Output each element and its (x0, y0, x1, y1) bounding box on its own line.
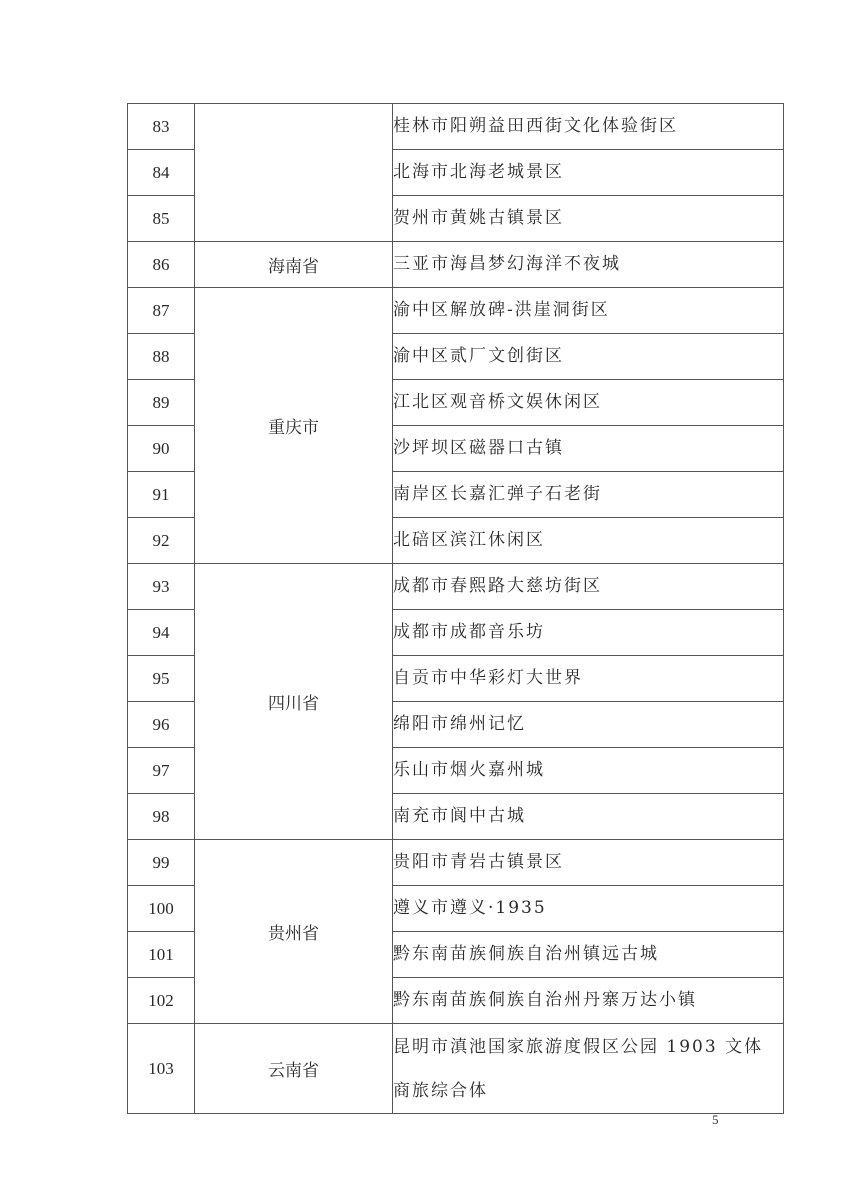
row-number: 88 (128, 334, 195, 380)
row-number: 93 (128, 564, 195, 610)
province-cell: 海南省 (195, 242, 393, 288)
attraction-name: 南充市阆中古城 (393, 794, 784, 840)
attraction-name: 自贡市中华彩灯大世界 (393, 656, 784, 702)
row-number: 94 (128, 610, 195, 656)
row-number: 97 (128, 748, 195, 794)
attraction-name: 昆明市滇池国家旅游度假区公园 1903 文体 商旅综合体 (393, 1024, 784, 1114)
row-number: 85 (128, 196, 195, 242)
attraction-name-line-2: 商旅综合体 (393, 1069, 783, 1113)
attraction-name: 北海市北海老城景区 (393, 150, 784, 196)
row-number: 101 (128, 932, 195, 978)
attraction-name: 南岸区长嘉汇弹子石老街 (393, 472, 784, 518)
attraction-name: 乐山市烟火嘉州城 (393, 748, 784, 794)
row-number: 87 (128, 288, 195, 334)
attraction-name: 遵义市遵义·1935 (393, 886, 784, 932)
province-cell: 云南省 (195, 1024, 393, 1114)
attraction-name: 渝中区贰厂文创街区 (393, 334, 784, 380)
table-row: 83 桂林市阳朔益田西街文化体验街区 (128, 104, 784, 150)
attraction-name: 成都市春熙路大慈坊街区 (393, 564, 784, 610)
attraction-name: 江北区观音桥文娱休闲区 (393, 380, 784, 426)
row-number: 84 (128, 150, 195, 196)
province-cell (195, 104, 393, 242)
attraction-name: 北碚区滨江休闲区 (393, 518, 784, 564)
row-number: 98 (128, 794, 195, 840)
row-number: 100 (128, 886, 195, 932)
row-number: 95 (128, 656, 195, 702)
table-row: 87 重庆市 渝中区解放碑-洪崖洞街区 (128, 288, 784, 334)
attraction-name: 绵阳市绵州记忆 (393, 702, 784, 748)
attraction-name: 桂林市阳朔益田西街文化体验街区 (393, 104, 784, 150)
attraction-name: 贵阳市青岩古镇景区 (393, 840, 784, 886)
attraction-name: 渝中区解放碑-洪崖洞街区 (393, 288, 784, 334)
row-number: 89 (128, 380, 195, 426)
attraction-name-line-1: 昆明市滇池国家旅游度假区公园 1903 文体 (393, 1025, 783, 1069)
table-row: 103 云南省 昆明市滇池国家旅游度假区公园 1903 文体 商旅综合体 (128, 1024, 784, 1114)
row-number: 90 (128, 426, 195, 472)
row-number: 86 (128, 242, 195, 288)
province-cell: 四川省 (195, 564, 393, 840)
row-number: 91 (128, 472, 195, 518)
attractions-table: 83 桂林市阳朔益田西街文化体验街区 84 北海市北海老城景区 85 贺州市黄姚… (127, 103, 784, 1114)
row-number: 83 (128, 104, 195, 150)
province-cell: 贵州省 (195, 840, 393, 1024)
province-cell: 重庆市 (195, 288, 393, 564)
attraction-name: 沙坪坝区磁器口古镇 (393, 426, 784, 472)
attraction-name: 贺州市黄姚古镇景区 (393, 196, 784, 242)
table-row: 93 四川省 成都市春熙路大慈坊街区 (128, 564, 784, 610)
attraction-name: 三亚市海昌梦幻海洋不夜城 (393, 242, 784, 288)
table-row: 86 海南省 三亚市海昌梦幻海洋不夜城 (128, 242, 784, 288)
row-number: 96 (128, 702, 195, 748)
row-number: 102 (128, 978, 195, 1024)
row-number: 99 (128, 840, 195, 886)
attraction-name: 黔东南苗族侗族自治州镇远古城 (393, 932, 784, 978)
attraction-name: 黔东南苗族侗族自治州丹寨万达小镇 (393, 978, 784, 1024)
table-row: 99 贵州省 贵阳市青岩古镇景区 (128, 840, 784, 886)
attraction-name: 成都市成都音乐坊 (393, 610, 784, 656)
row-number: 92 (128, 518, 195, 564)
page-number: 5 (712, 1112, 719, 1128)
row-number: 103 (128, 1024, 195, 1114)
